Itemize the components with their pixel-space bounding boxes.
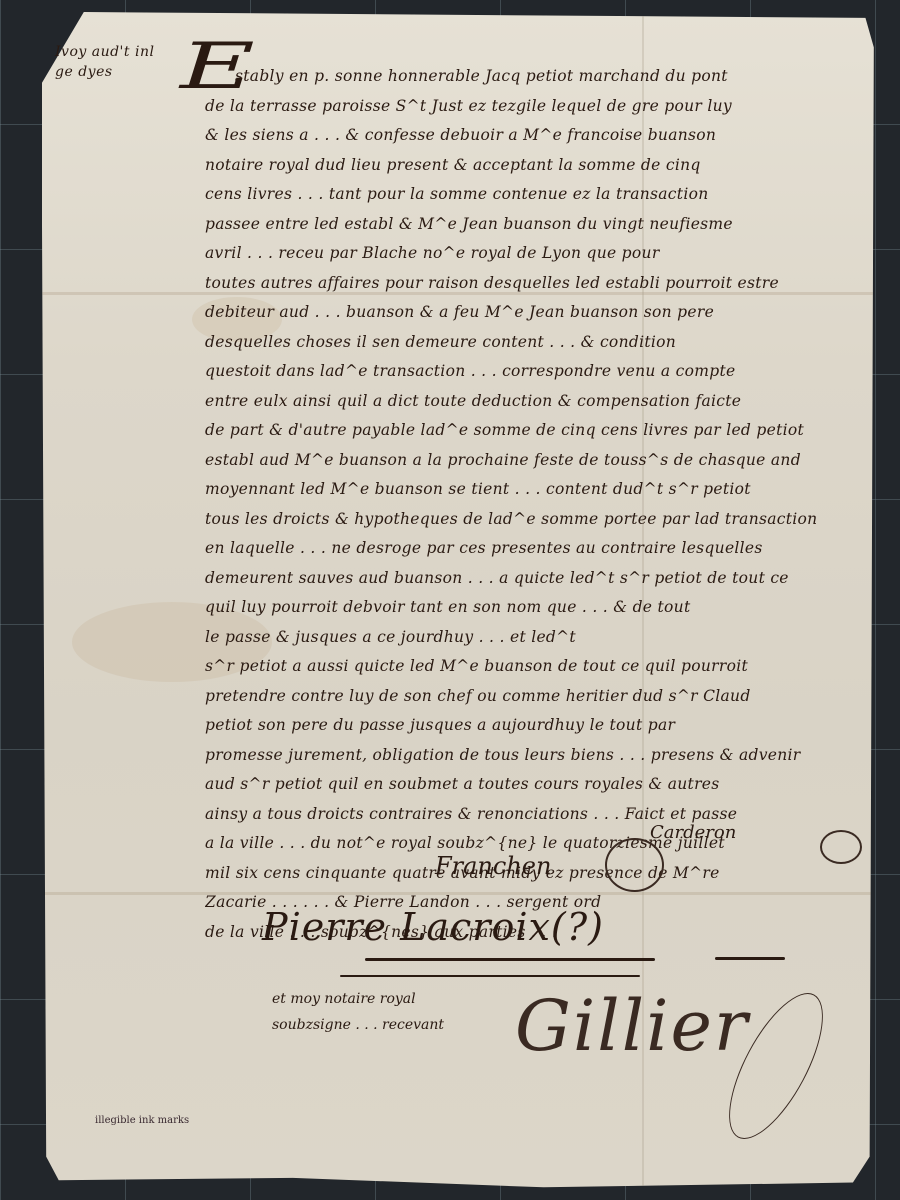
text-line: quil luy pourroit debvoir tant en son no… — [205, 593, 845, 623]
signature-underline — [715, 957, 785, 960]
signature-franchen: Franchen — [435, 852, 551, 880]
text-line: notaire royal dud lieu present & accepta… — [205, 151, 845, 181]
signature-gillier: Gillier — [515, 985, 749, 1067]
notary-attestation: et moy notaire royal soubzsigne . . . re… — [272, 986, 444, 1038]
text-line: petiot son pere du passe jusques a aujou… — [205, 711, 845, 741]
text-line: aud s^r petiot quil en soubmet a toutes … — [205, 770, 845, 800]
margin-note: Ivoy aud't inl ge dyes — [55, 42, 154, 82]
margin-note-line: ge dyes — [55, 62, 154, 82]
text-line: moyennant led M^e buanson se tient . . .… — [205, 475, 845, 505]
margin-note-line: Ivoy aud't inl — [55, 42, 154, 62]
text-line: demeurent sauves aud buanson . . . a qui… — [205, 564, 845, 594]
text-line: tous les droicts & hypotheques de lad^e … — [205, 505, 845, 535]
signature-underline — [365, 958, 655, 961]
text-line: promesse jurement, obligation de tous le… — [205, 741, 845, 771]
signature-flourish-icon — [605, 838, 664, 892]
signature-pierre: Pierre Lacroix(?) — [262, 905, 604, 949]
text-line: avril . . . receu par Blache no^e royal … — [205, 239, 845, 269]
handwritten-body: stably en p. sonne honnerable Jacq petio… — [205, 62, 845, 947]
signature-flourish-icon — [820, 830, 862, 864]
text-line: establ aud M^e buanson a la prochaine fe… — [205, 446, 845, 476]
text-line: toutes autres affaires pour raison desqu… — [205, 269, 845, 299]
signature-carderon: Carderon — [650, 822, 736, 843]
text-line: en laquelle . . . ne desroge par ces pre… — [205, 534, 845, 564]
text-line: cens livres . . . tant pour la somme con… — [205, 180, 845, 210]
text-line: de part & d'autre payable lad^e somme de… — [205, 416, 845, 446]
text-line: de la terrasse paroisse S^t Just ez tezg… — [205, 92, 845, 122]
text-line: s^r petiot a aussi quicte led M^e buanso… — [205, 652, 845, 682]
text-line: debiteur aud . . . buanson & a feu M^e J… — [205, 298, 845, 328]
text-line: stably en p. sonne honnerable Jacq petio… — [205, 62, 845, 92]
signature-underline — [340, 975, 640, 977]
text-line: le passe & jusques a ce jourdhuy . . . e… — [205, 623, 845, 653]
text-line: passee entre led establ & M^e Jean buans… — [205, 210, 845, 240]
text-line: ainsy a tous droicts contraires & renonc… — [205, 800, 845, 830]
text-line: entre eulx ainsi quil a dict toute deduc… — [205, 387, 845, 417]
text-line: questoit dans lad^e transaction . . . co… — [205, 357, 845, 387]
text-line: pretendre contre luy de son chef ou comm… — [205, 682, 845, 712]
text-line: desquelles choses il sen demeure content… — [205, 328, 845, 358]
attestation-line: soubzsigne . . . recevant — [272, 1012, 444, 1038]
bottom-left-ink-marks: illegible ink marks — [95, 1115, 189, 1126]
text-line: & les siens a . . . & confesse debuoir a… — [205, 121, 845, 151]
attestation-line: et moy notaire royal — [272, 986, 444, 1012]
